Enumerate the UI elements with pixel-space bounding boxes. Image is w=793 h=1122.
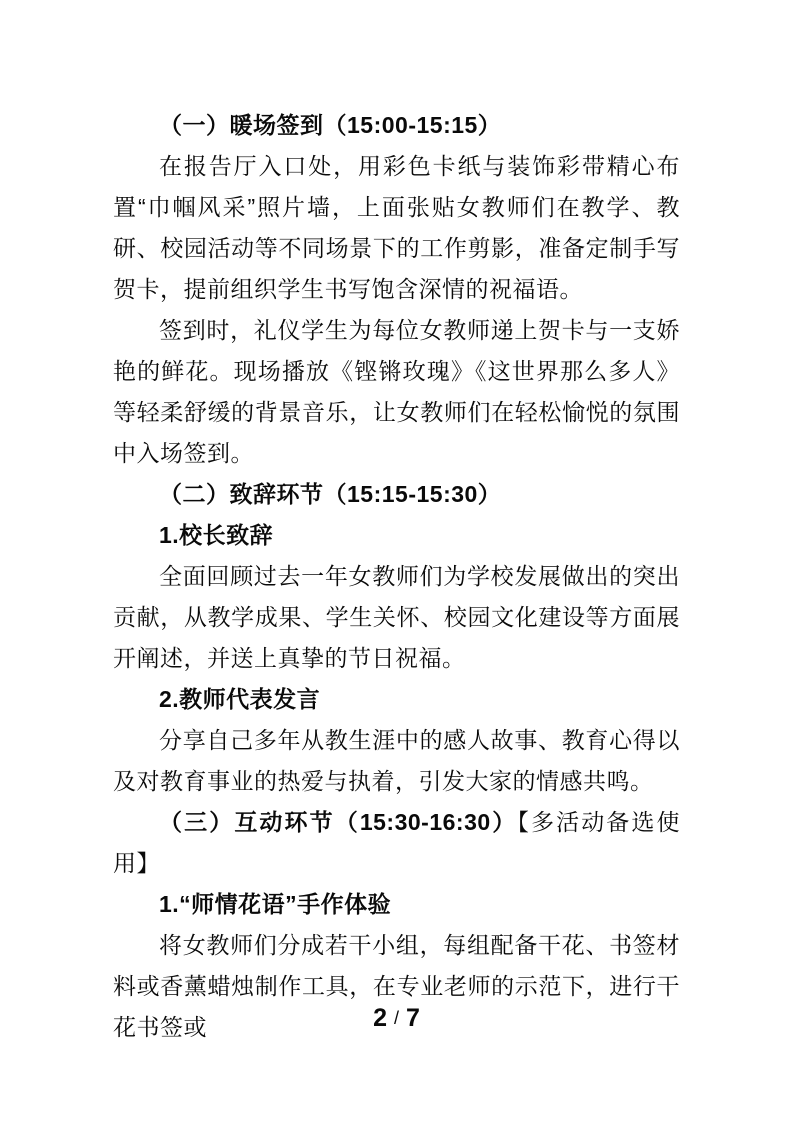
heading-text: （三）互动环节（15:30-16:30） xyxy=(159,809,517,835)
document-page: （一）暖场签到（15:00-15:15）在报告厅入口处，用彩色卡纸与装饰彩带精心… xyxy=(0,0,793,1122)
body-paragraph: 签到时，礼仪学生为每位女教师递上贺卡与一支娇艳的鲜花。现场播放《铿锵玫瑰》《这世… xyxy=(113,310,680,474)
paragraph-text: 分享自己多年从教生涯中的感人故事、教育心得以及对教育事业的热爱与执着，引发大家的… xyxy=(113,727,680,794)
subheading-line: 1.校长致辞 xyxy=(113,515,680,556)
total-pages-number: 7 xyxy=(406,1004,420,1032)
body-paragraph: 分享自己多年从教生涯中的感人故事、教育心得以及对教育事业的热爱与执着，引发大家的… xyxy=(113,720,680,802)
heading-line: （一）暖场签到（15:00-15:15） xyxy=(113,105,680,146)
heading-line: （三）互动环节（15:30-16:30）【多活动备选使用】 xyxy=(113,802,680,884)
body-paragraph: 全面回顾过去一年女教师们为学校发展做出的突出贡献，从教学成果、学生关怀、校园文化… xyxy=(113,556,680,679)
subheading-text: 2.教师代表发言 xyxy=(159,686,320,712)
current-page-number: 2 xyxy=(373,1004,387,1032)
subheading-text: 1.“师情花语”手作体验 xyxy=(159,891,391,917)
subheading-line: 2.教师代表发言 xyxy=(113,679,680,720)
subheading-line: 1.“师情花语”手作体验 xyxy=(113,884,680,925)
heading-text: （一）暖场签到（15:00-15:15） xyxy=(159,112,501,138)
paragraph-text: 在报告厅入口处，用彩色卡纸与装饰彩带精心布置“巾帼风采”照片墙，上面张贴女教师们… xyxy=(113,153,680,302)
subheading-text: 1.校长致辞 xyxy=(159,522,273,548)
heading-line: （二）致辞环节（15:15-15:30） xyxy=(113,474,680,515)
page-number-separator: / xyxy=(387,1008,406,1028)
paragraph-text: 签到时，礼仪学生为每位女教师递上贺卡与一支娇艳的鲜花。现场播放《铿锵玫瑰》《这世… xyxy=(113,317,680,466)
paragraph-text: 全面回顾过去一年女教师们为学校发展做出的突出贡献，从教学成果、学生关怀、校园文化… xyxy=(113,563,680,671)
document-content: （一）暖场签到（15:00-15:15）在报告厅入口处，用彩色卡纸与装饰彩带精心… xyxy=(113,0,680,1048)
heading-text: （二）致辞环节（15:15-15:30） xyxy=(159,481,501,507)
page-footer: 2/7 xyxy=(0,1004,793,1033)
body-paragraph: 在报告厅入口处，用彩色卡纸与装饰彩带精心布置“巾帼风采”照片墙，上面张贴女教师们… xyxy=(113,146,680,310)
